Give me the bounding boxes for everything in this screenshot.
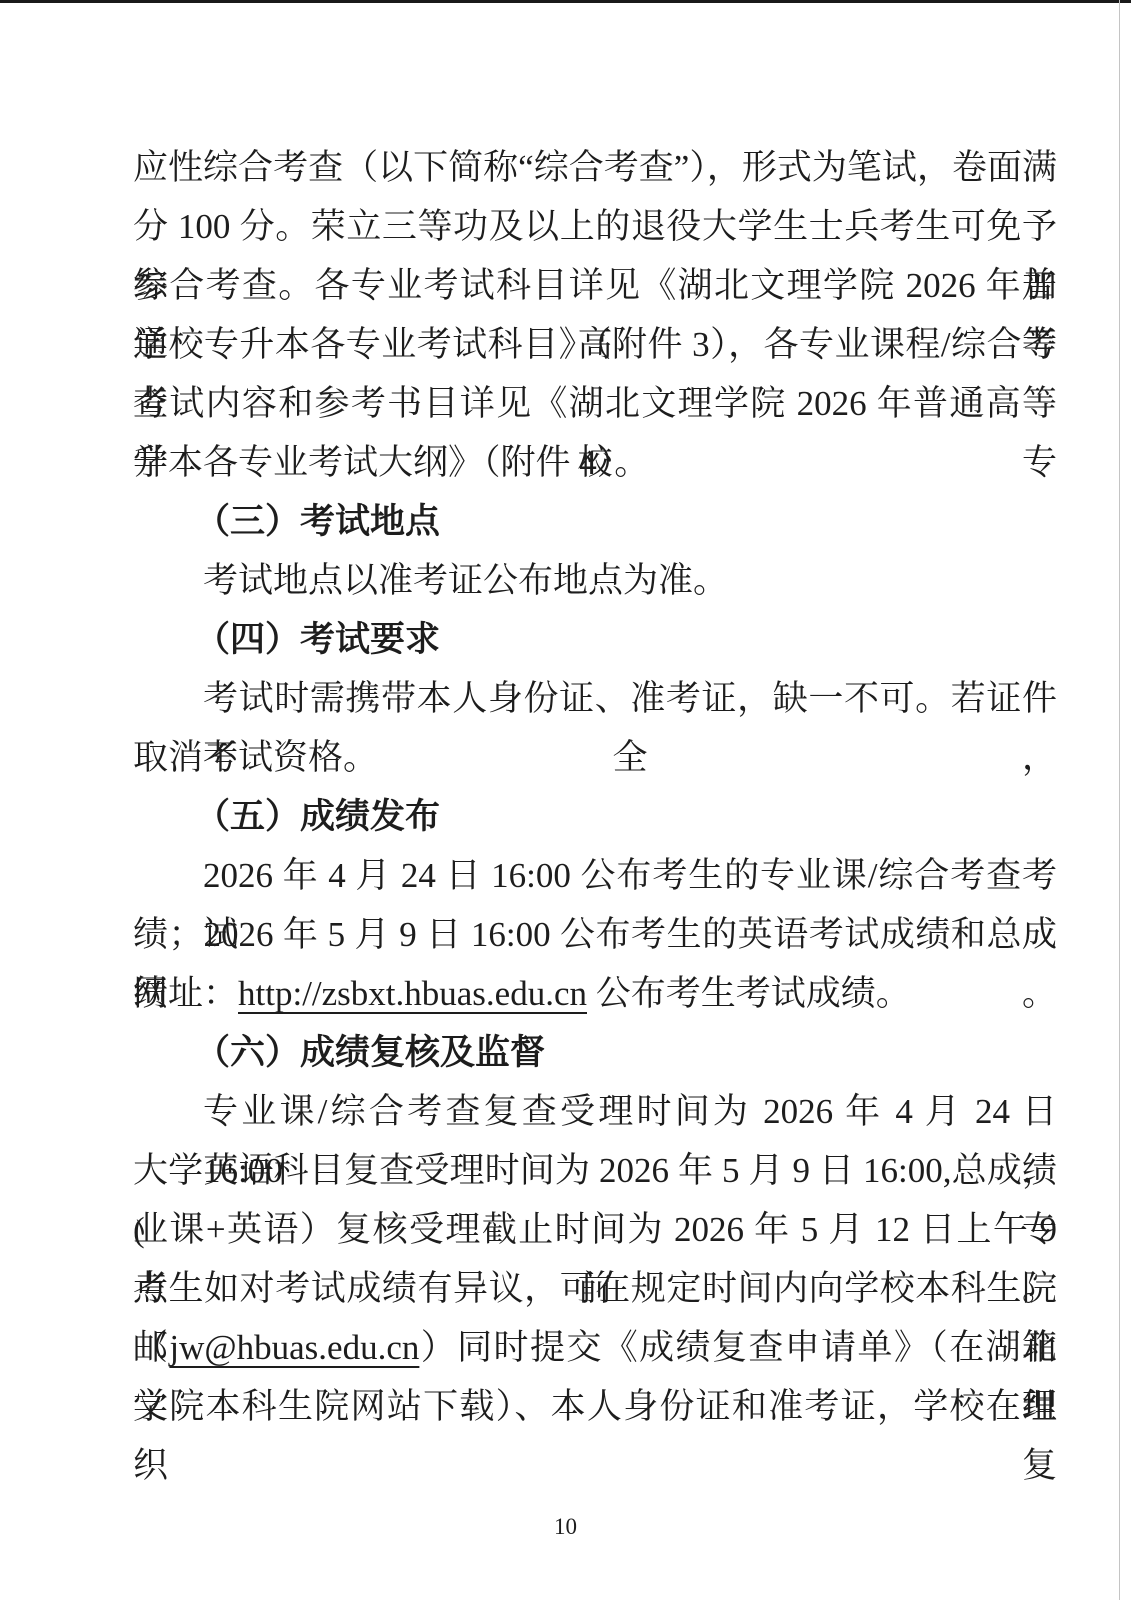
results-url-link[interactable]: http://zsbxt.hbuas.edu.cn (238, 974, 587, 1013)
text-line: 学院本科生院网站下载）、本人身份证和准考证，学校在组织复 (133, 1377, 1057, 1436)
text-line: 考生如对考试成绩有异议，可在规定时间内向学校本科生院邮箱 (133, 1259, 1057, 1318)
email-line-prefix: （ (133, 1328, 169, 1367)
review-email-link[interactable]: jw@hbuas.edu.cn (169, 1328, 419, 1367)
section-heading-exam-requirements: （四）考试要求 (133, 610, 1057, 669)
section-heading-score-review: （六）成绩复核及监督 (133, 1023, 1057, 1082)
text-line: 学校专升本各专业考试科目》（附件 3），各专业课程/综合考查 (133, 315, 1057, 374)
page-number: 10 (0, 1512, 1131, 1542)
text-line: 业课+英语）复核受理截止时间为 2026 年 5 月 12 日上午 9 点前。 (133, 1200, 1057, 1259)
text-line: 大学英语科目复查受理时间为 2026 年 5 月 9 日 16:00,总成绩(专 (133, 1141, 1057, 1200)
text-line: 考试地点以准考证公布地点为准。 (133, 551, 1057, 610)
text-line: 考试时需携带本人身份证、准考证，缺一不可。若证件不全， (133, 669, 1057, 728)
page-edge-line (1119, 0, 1120, 1600)
text-line: 分 100 分。荣立三等功及以上的退役大学生士兵考生可免予参加 (133, 197, 1057, 256)
text-line: 考试内容和参考书目详见《湖北文理学院 2026 年普通高等学校专 (133, 374, 1057, 433)
text-line: 应性综合考查（以下简称“综合考查”），形式为笔试，卷面满 (133, 138, 1057, 197)
url-line-prefix: 网址： (133, 974, 238, 1013)
text-line: 综合考查。各专业考试科目详见《湖北文理学院 2026 年普通高等 (133, 256, 1057, 315)
top-border (0, 0, 1131, 3)
text-line: 2026 年 4 月 24 日 16:00 公布考生的专业课/综合考查考试成 (133, 846, 1057, 905)
text-line: 专业课/综合考查复查受理时间为 2026 年 4 月 24 日 16:00， (133, 1082, 1057, 1141)
url-line-suffix: 公布考生考试成绩。 (587, 974, 911, 1013)
document-content: 应性综合考查（以下简称“综合考查”），形式为笔试，卷面满 分 100 分。荣立三… (133, 138, 1057, 1436)
review-email-line: （jw@hbuas.edu.cn）同时提交《成绩复查申请单》（在湖北文理 (133, 1318, 1057, 1377)
text-line: 绩；2026 年 5 月 9 日 16:00 公布考生的英语考试成绩和总成绩。 (133, 905, 1057, 964)
section-heading-exam-location: （三）考试地点 (133, 492, 1057, 551)
document-page: 应性综合考查（以下简称“综合考查”），形式为笔试，卷面满 分 100 分。荣立三… (0, 0, 1131, 1600)
section-heading-score-release: （五）成绩发布 (133, 787, 1057, 846)
